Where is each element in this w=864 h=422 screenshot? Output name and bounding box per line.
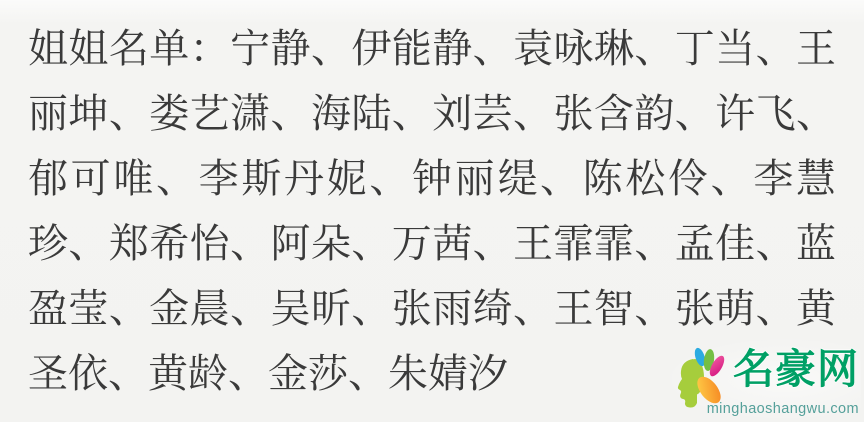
text-image-canvas: 姐姐名单：宁静、伊能静、袁咏琳、丁当、王 丽坤、娄艺潇、海陆、刘芸、张含韵、许飞… [0,0,864,422]
watermark: 名豪网 minghaoshangwu.com [669,339,861,419]
name-list-line: 姐姐名单：宁静、伊能静、袁咏琳、丁当、王 [28,17,836,82]
name-list-line: 珍、郑希怡、阿朵、万茜、王霏霏、孟佳、蓝 [28,212,836,277]
name-list-line: 盈莹、金晨、吴昕、张雨绮、王智、张萌、黄 [28,277,836,342]
watermark-domain: minghaoshangwu.com [707,401,859,417]
watermark-site-name: 名豪网 [733,349,859,390]
name-list-line: 丽坤、娄艺潇、海陆、刘芸、张含韵、许飞、 [28,82,836,147]
name-list-line: 郁可唯、李斯丹妮、钟丽缇、陈松伶、李慧 [28,147,836,212]
